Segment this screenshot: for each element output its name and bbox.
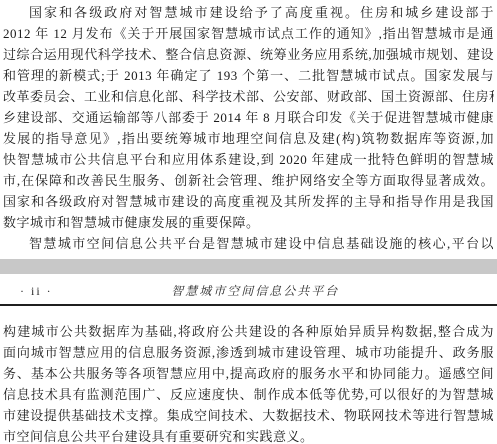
text-line: 快智慧城市公共信息平台和应用体系建设,到 2020 年建成一批特色鲜明的智慧城 [3,149,494,170]
next-page-text-block: 构建城市公共数据库为基础,将政府公共建设的各种原始异质异构数据,整合成为 面向城… [0,306,497,444]
text-line: 国家和各级政府对智慧城市建设的高度重视及其所发挥的主导和指导作用是我国 [3,191,494,212]
text-line: 面向城市智慧应用的信息服务资源,渗透到城市建设管理、城市功能提升、政务服 [3,342,494,363]
text-line: 务、基本公共服务等各项智慧应用中,提高政府的服务水平和协同能力。遥感空间 [3,363,494,384]
previous-page-text-block: 国家和各级政府对智慧城市建设给予了高度重视。住房和城乡建设部于 2012 年 1… [0,0,497,254]
text-line: 改革委员会、工业和信息化部、科学技术部、公安部、财政部、国土资源部、住房和城 [3,86,494,107]
text-line: 构建城市公共数据库为基础,将政府公共建设的各种原始异质异构数据,整合成为 [3,321,494,342]
text-line: 2012 年 12 月发布《关于开展国家智慧城市试点工作的通知》,指出智慧城市是… [3,23,494,44]
scanned-document-page: 国家和各级政府对智慧城市建设给予了高度重视。住房和城乡建设部于 2012 年 1… [0,0,497,444]
text-line: 市,在保障和改善民生服务、创新社会管理、维护网络安全等方面取得显著成效。 [3,170,494,191]
text-line: 过综合运用现代科学技术、整合信息资源、统筹业务应用系统,加强城市规划、建设 [3,44,494,65]
running-title: 智慧城市空间信息公共平台 [171,284,339,298]
text-line: 发展的指导意见》,指出要统筹城市地理空间信息及建(构)筑物数据库等资源,加 [3,128,494,149]
text-line: 市建设提供基础技术支撑。集成空间技术、大数据技术、物联网技术等进行智慧城 [3,405,494,426]
text-line: 数字城市和智慧城市健康发展的重要保障。 [3,212,494,233]
text-line: 智慧城市空间信息公共平台是智慧城市建设中信息基础设施的核心,平台以 [3,233,494,254]
text-line: 市空间信息公共平台建设具有重要研究和实践意义。 [3,426,494,444]
text-line: 和管理的新模式;于 2013 年确定了 193 个第一、二批智慧城市试点。国家发… [3,65,494,86]
page-number: · ii · [20,284,53,298]
text-line: 信息技术具有监测范围广、反应速度快、制作成本低等优势,可以很好的为智慧城 [3,384,494,405]
page-separator-band [0,259,497,274]
page-header: · ii · 智慧城市空间信息公共平台 [0,284,497,306]
text-line: 国家和各级政府对智慧城市建设给予了高度重视。住房和城乡建设部于 [3,2,494,23]
text-line: 乡建设部、交通运输部等八部委于 2014 年 8 月联合印发《关于促进智慧城市健… [3,107,494,128]
